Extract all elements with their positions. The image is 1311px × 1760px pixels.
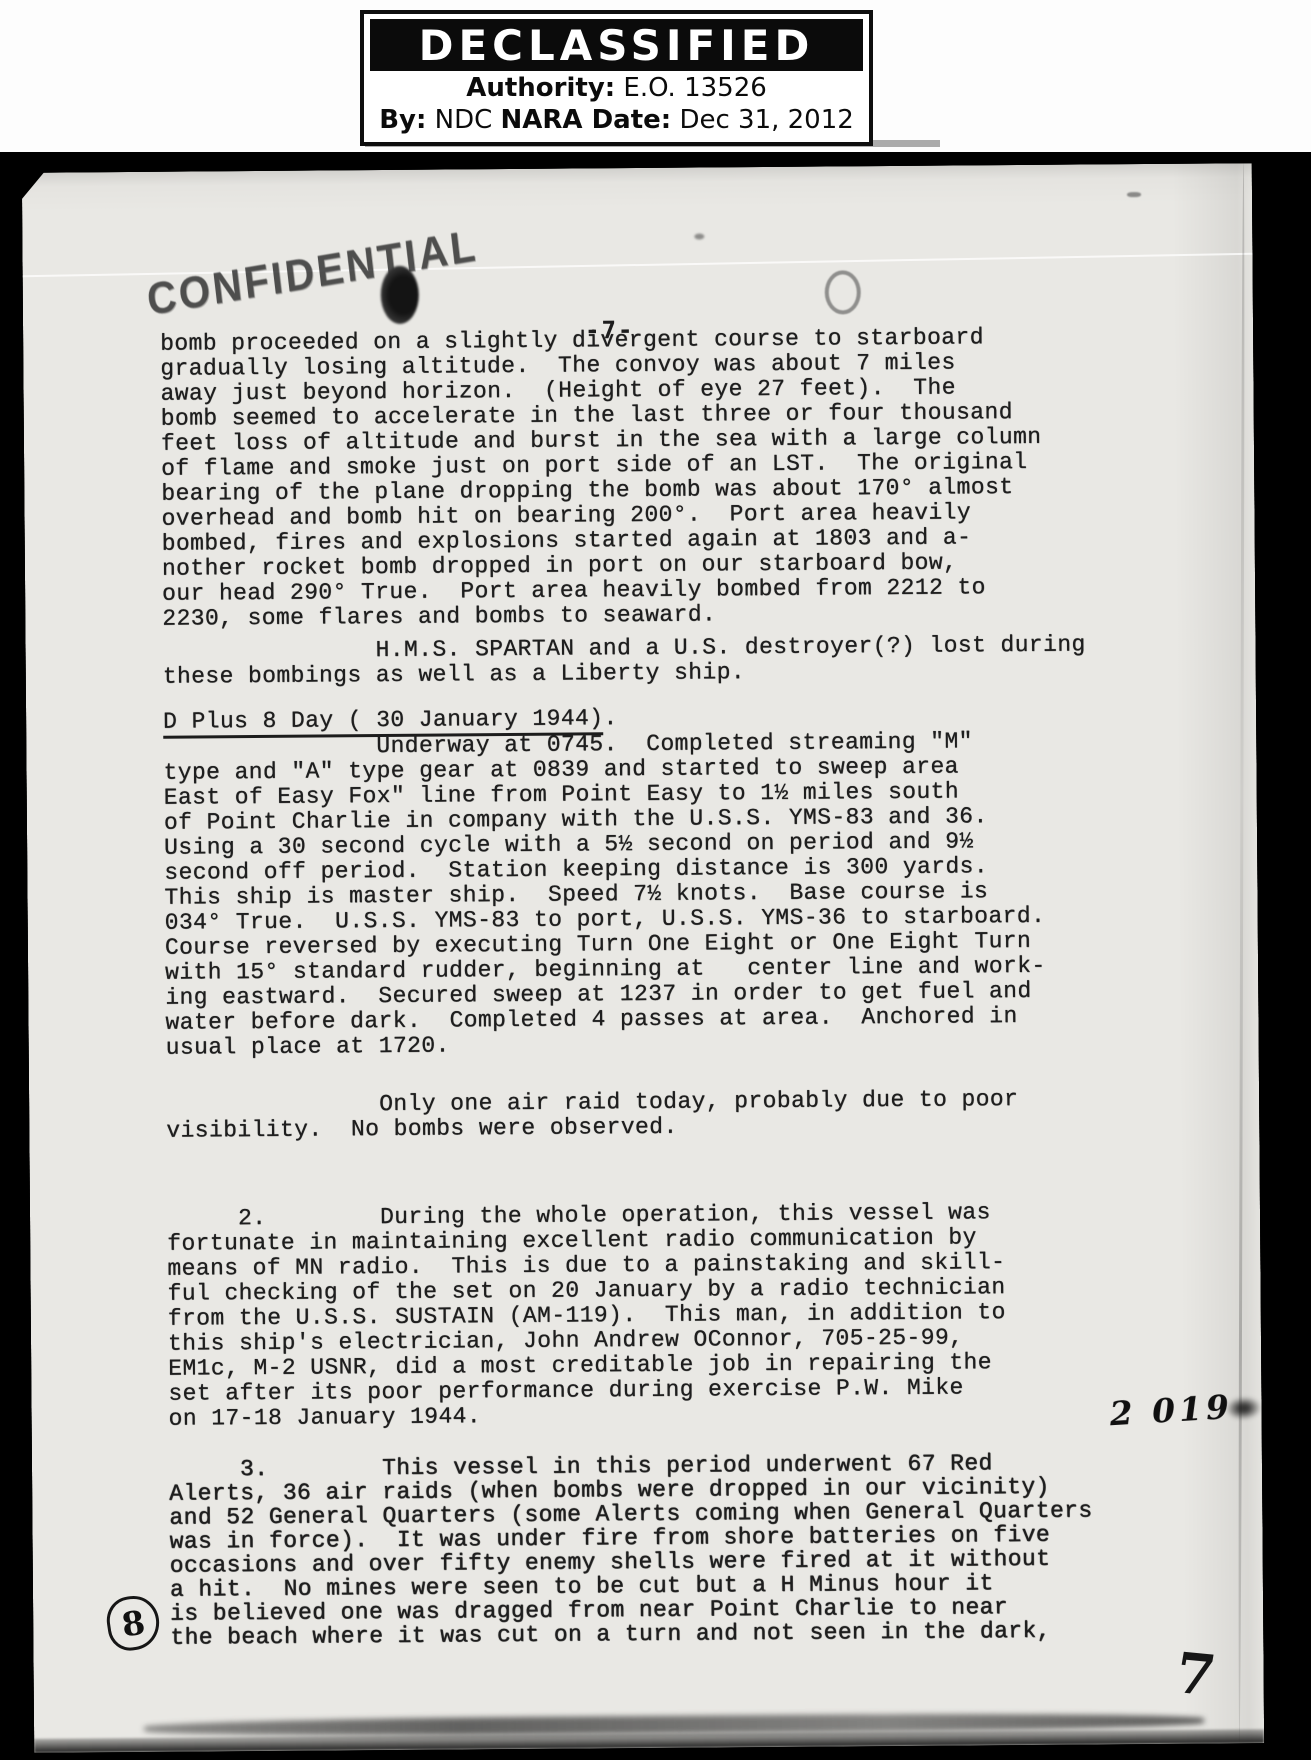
paragraph-bombing-account: bomb proceeded on a slightly divergent c… xyxy=(160,325,1043,632)
authority-value: E.O. 13526 xyxy=(615,73,767,103)
by-date-line: By: NDC NARA Date: Dec 31, 2012 xyxy=(364,105,869,135)
paragraph-air-raid: Only one air raid today, probably due to… xyxy=(166,1087,1019,1144)
hole-punch-ring xyxy=(825,270,861,314)
hole-punch-mark xyxy=(381,266,419,324)
paragraph-sweep-operations: Underway at 0745. Completed streaming "M… xyxy=(163,729,1046,1061)
paragraph-2-radio-communication: 2. During the whole operation, this vess… xyxy=(167,1200,1007,1432)
handwritten-page-number: 7 xyxy=(1170,1640,1220,1709)
confidential-stamp: CONFIDENTIAL xyxy=(145,221,481,326)
declassified-title-bar: DECLASSIFIED xyxy=(370,19,863,71)
paper-edge-crease xyxy=(1238,163,1245,1743)
margin-number-8: 8 xyxy=(119,1602,147,1644)
by-label: By: xyxy=(379,105,426,135)
scanned-document-page: CONFIDENTIAL -7- bomb proceeded on a sli… xyxy=(22,163,1264,1753)
circled-margin-number: 8 xyxy=(104,1592,163,1653)
heading-period: . xyxy=(603,705,617,731)
paragraph-3-red-alerts: 3. This vessel in this period underwent … xyxy=(169,1450,1094,1649)
nara-date-label: NARA Date: xyxy=(501,105,672,135)
authority-line: Authority: E.O. 13526 xyxy=(364,73,869,103)
by-value: NDC xyxy=(426,105,500,135)
scan-speck xyxy=(694,233,704,239)
section-heading-d-plus-8-day: D Plus 8 Day ( 30 January 1944). xyxy=(163,706,618,735)
paragraph-ships-lost: H.M.S. SPARTAN and a U.S. destroyer(?) l… xyxy=(162,633,1086,690)
scan-speck xyxy=(1127,192,1141,197)
nara-date-value: Dec 31, 2012 xyxy=(671,105,854,135)
authority-label: Authority: xyxy=(466,73,615,103)
declassified-banner: DECLASSIFIED Authority: E.O. 13526 By: N… xyxy=(360,10,873,146)
declassified-title: DECLASSIFIED xyxy=(419,21,815,70)
